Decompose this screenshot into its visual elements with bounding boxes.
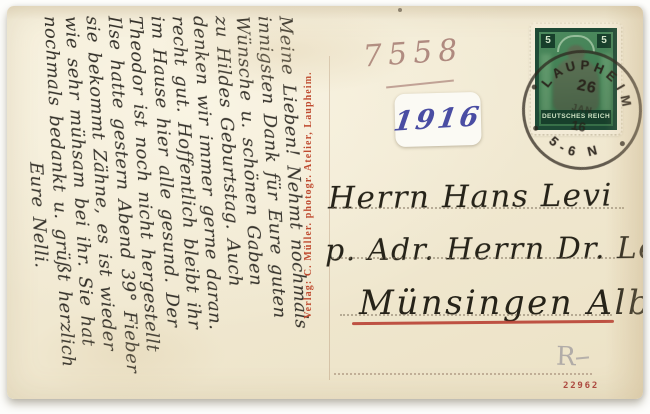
postmark-time-arc: 5-6 N: [514, 42, 643, 177]
message-handwriting: Meine Lieben! Nehmt nochmals innigsten D…: [13, 6, 297, 394]
address-dotted-line-4: [334, 373, 592, 375]
pencil-r-mark: R: [555, 342, 576, 373]
publisher-imprint-text: Verlag: C. Müller. photogr. Atelier, Lau…: [303, 52, 314, 338]
scan-background: Meine Lieben! Nehmt nochmals innigsten D…: [0, 0, 650, 414]
address-dotted-line-2: [332, 257, 615, 259]
year-sticker-text: 1916: [392, 101, 484, 137]
year-sticker: 1916: [394, 92, 481, 147]
message-text: Meine Lieben! Nehmt nochmals innigsten D…: [17, 6, 318, 394]
address-line-2: p. Adr. Herrn Dr. Levi: [325, 231, 643, 269]
address-line-3: Münsingen Alb.: [359, 283, 643, 323]
address-dotted-line-1: [332, 207, 624, 209]
pencil-dash: [576, 356, 589, 359]
address-line-1: Herrn Hans Levi: [328, 178, 613, 217]
stamp-denomination-right: 5: [597, 34, 611, 48]
postcard: Meine Lieben! Nehmt nochmals innigsten D…: [7, 6, 643, 399]
dust-speck: [398, 8, 402, 12]
printer-number: 22962: [563, 381, 599, 391]
publisher-imprint: Verlag: C. Müller. photogr. Atelier, Lau…: [303, 52, 319, 338]
address-dotted-line-3: [340, 314, 612, 316]
catalog-number-handwritten: 7558: [362, 33, 465, 75]
divider-line: [329, 56, 330, 380]
catalog-number-underline: [386, 79, 454, 88]
